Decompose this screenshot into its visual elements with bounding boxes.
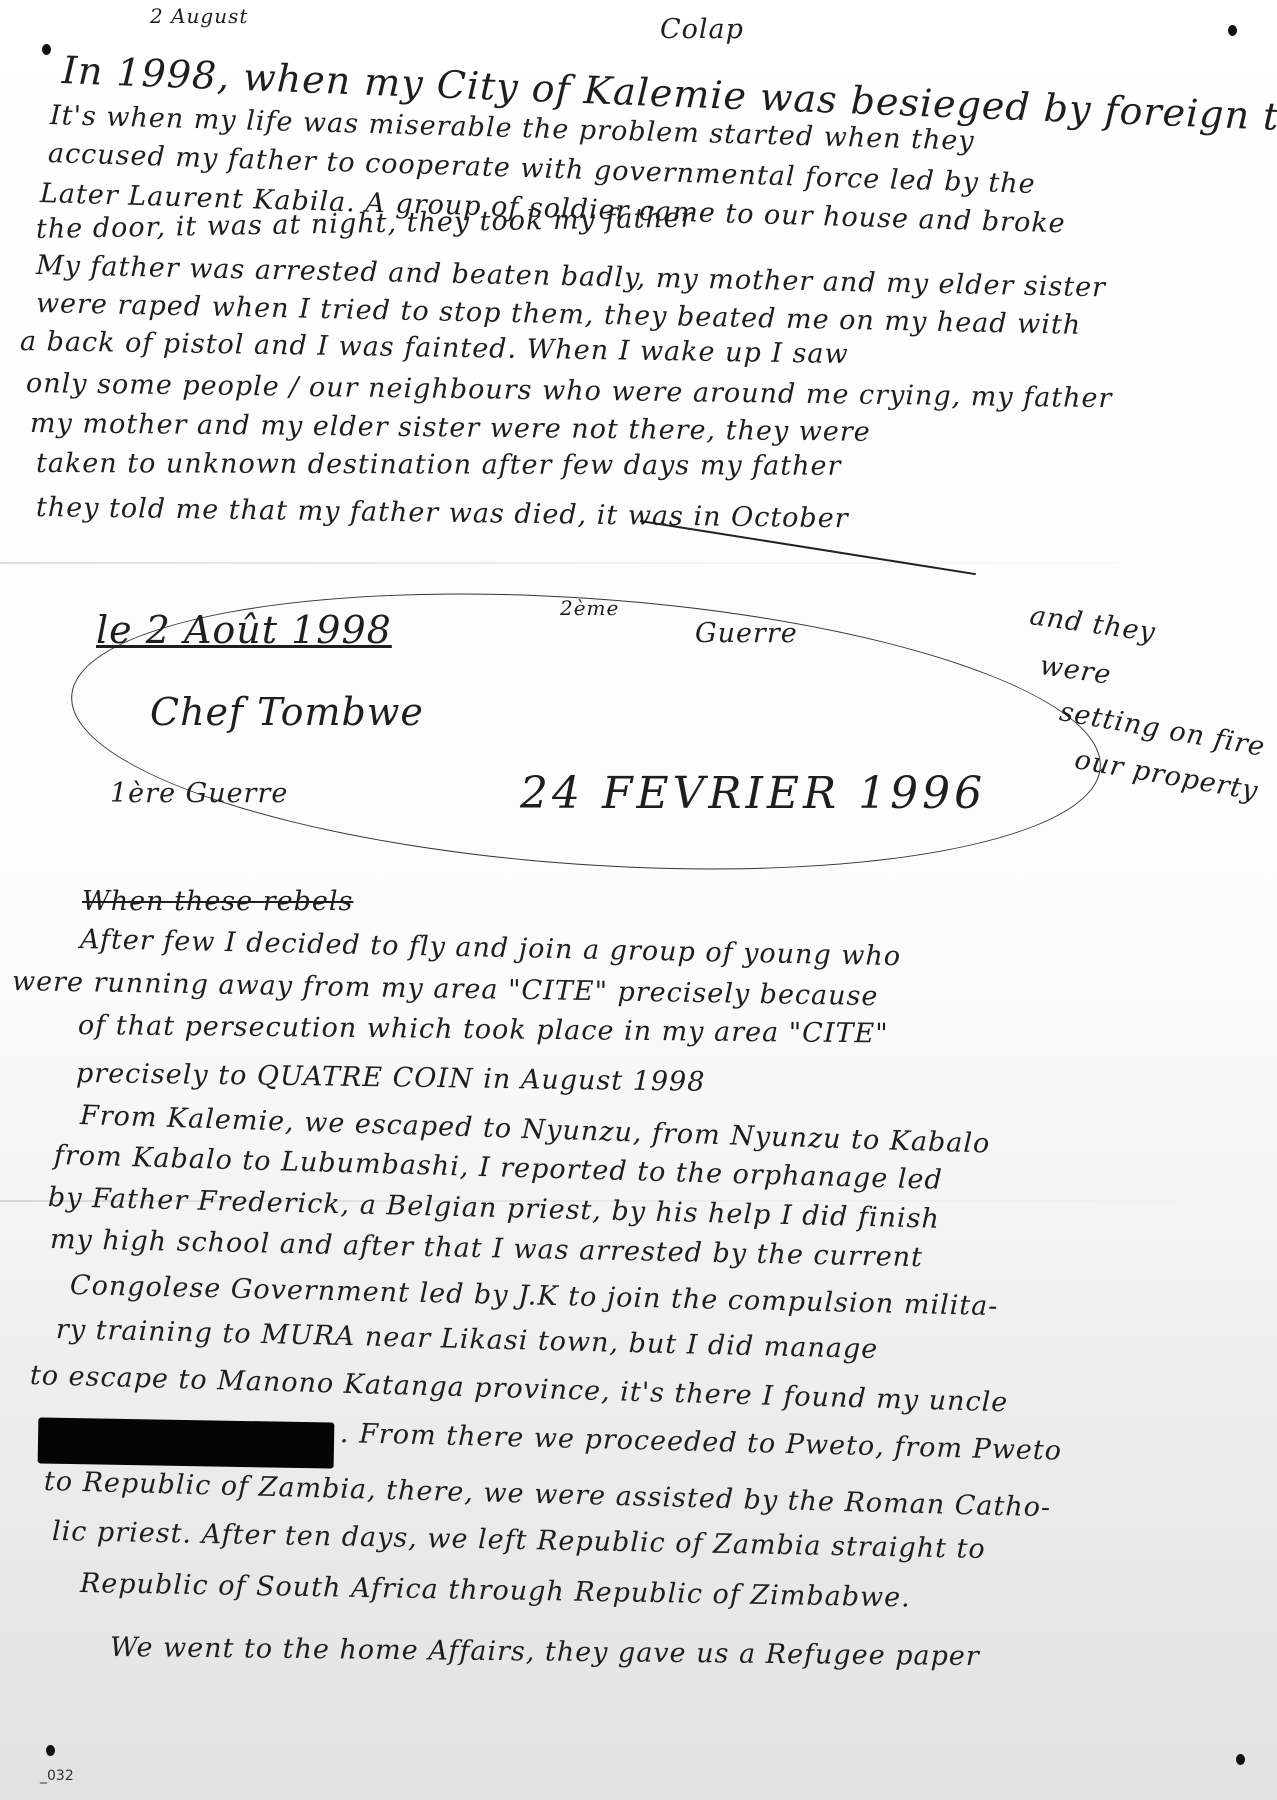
punch-hole-icon (42, 44, 51, 55)
text-line: After few I decided to fly and join a gr… (80, 924, 902, 972)
margin-note-line: were (1038, 650, 1114, 691)
text-line: to escape to Manono Katanga province, it… (30, 1360, 1009, 1418)
date-note: 2 August (150, 4, 248, 28)
circled-note-ordinal: 2ème (560, 596, 619, 620)
text-line-struck: When these rebels (82, 886, 353, 917)
circled-note-first-war-date: 24 FEVRIER 1996 (520, 768, 986, 819)
redaction-bar (38, 1417, 335, 1468)
paper-fold-line (0, 562, 1277, 564)
text-line: lic priest. After ten days, we left Repu… (52, 1516, 986, 1565)
text-line: precisely to QUATRE COIN in August 1998 (76, 1058, 706, 1098)
page-number: _032 (40, 1768, 74, 1784)
page-title: Colap (660, 14, 744, 45)
circled-note-name: Chef Tombwe (150, 690, 424, 734)
text-line: We went to the home Affairs, they gave u… (110, 1632, 980, 1672)
text-line: ry training to MURA near Likasi town, bu… (56, 1314, 879, 1365)
text-line: Republic of South Africa through Republi… (80, 1568, 911, 1613)
punch-hole-icon (46, 1745, 55, 1756)
text-line: only some people / our neighbours who we… (26, 368, 1113, 414)
text-line: my high school and after that I was arre… (50, 1224, 924, 1273)
text-line: Congolese Government led by J.K to join … (70, 1270, 999, 1322)
circled-note-war: Guerre (695, 618, 798, 649)
margin-note-line: and they (1028, 600, 1158, 648)
text-line: my mother and my elder sister were not t… (30, 408, 871, 448)
punch-hole-icon (1228, 25, 1237, 36)
circled-note-date: le 2 Août 1998 (96, 608, 392, 652)
text-line: to Republic of Zambia, there, we were as… (44, 1466, 1052, 1523)
punch-hole-icon (1236, 1754, 1245, 1765)
text-line: . From there we proceeded to Pweto, from… (340, 1418, 1063, 1467)
text-line: they told me that my father was died, it… (36, 492, 849, 534)
text-line: of that persecution which took place in … (78, 1010, 889, 1049)
text-line: were running away from my area "CITE" pr… (12, 966, 879, 1012)
text-line: taken to unknown destination after few d… (36, 448, 842, 482)
circled-note-first-war: 1ère Guerre (110, 778, 288, 809)
